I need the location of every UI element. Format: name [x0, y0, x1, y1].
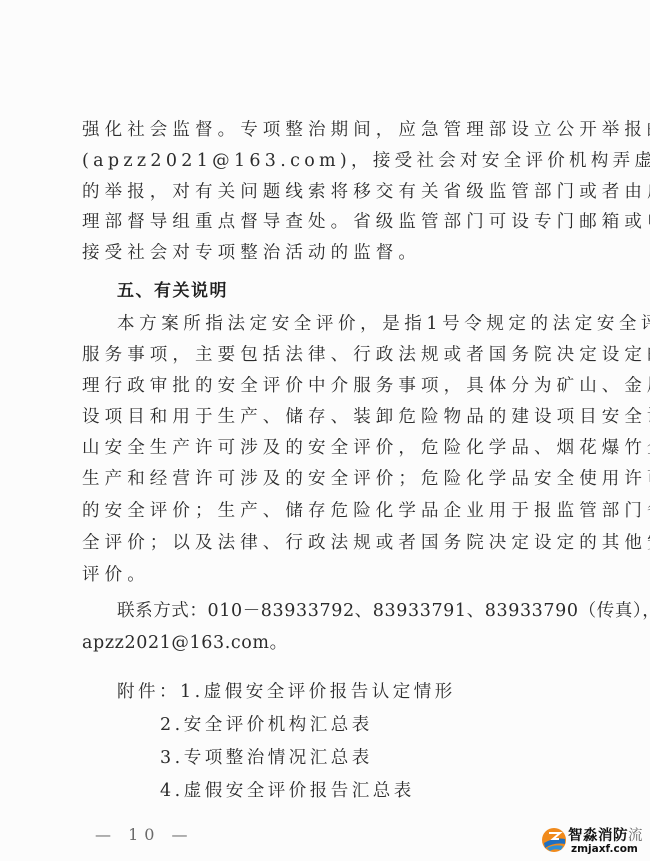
section-heading: 五、有关说明: [117, 279, 650, 303]
attachments-prefix: 附件：: [117, 682, 180, 702]
paragraph-line: 设项目和用于生产、储存、装卸危险物品的建设项目安全评价；矿: [82, 405, 622, 429]
watermark-url: zmjaxf.com: [571, 843, 638, 855]
paragraph-line: 理部督导组重点督导查处。省级监管部门可设专门邮箱或电话，: [82, 210, 622, 234]
attachments-list: 附件：1.虚假安全评价报告认定情形: [117, 680, 650, 704]
watermark: 智淼消防流 zmjaxf.com: [535, 824, 650, 858]
contact-email: apzz2021@163.com。: [82, 631, 622, 655]
paragraph-line: 的举报，对有关问题线索将移交有关省级监管部门或者由应急管: [82, 180, 622, 204]
paragraph-line: 接受社会对专项整治活动的监督。: [82, 241, 622, 265]
paragraph-line: 强化社会监督。专项整治期间，应急管理部设立公开举报邮箱: [82, 118, 622, 142]
paragraph-line-email: (apzz2021@163.com)，接受社会对安全评价机构弄虚作假情况: [82, 149, 622, 173]
paragraph-line: 的安全评价；生产、储存危险化学品企业用于报监管部门备案的安: [82, 499, 622, 523]
paragraph-line: 评价。: [82, 563, 622, 587]
paragraph-line: 全评价；以及法律、行政法规或者国务院决定设定的其他安全: [82, 531, 622, 555]
paragraph-line: 山安全生产许可涉及的安全评价，危险化学品、烟花爆竹企业安全: [82, 436, 622, 460]
attachment-item: 4.虚假安全评价报告汇总表: [160, 779, 650, 803]
document-page: 强化社会监督。专项整治期间，应急管理部设立公开举报邮箱 (apzz2021@16…: [0, 0, 650, 861]
attachment-item: 2.安全评价机构汇总表: [160, 713, 650, 737]
contact-line: 联系方式：010－83933792、83933791、83933790（传真），: [117, 599, 650, 623]
watermark-title: 智淼消防流: [568, 824, 643, 845]
brand-logo-icon: [541, 827, 567, 853]
paragraph-line: 生产和经营许可涉及的安全评价；危险化学品安全使用许可涉及: [82, 467, 622, 491]
attachment-item: 1.虚假安全评价报告认定情形: [180, 682, 456, 702]
paragraph-line: 本方案所指法定安全评价，是指1号令规定的法定安全评价: [117, 312, 650, 336]
paragraph-line: 服务事项，主要包括法律、行政法规或者国务院决定设定的用于办: [82, 343, 622, 367]
attachment-item: 3.专项整治情况汇总表: [160, 746, 650, 770]
paragraph-line: 理行政审批的安全评价中介服务事项，具体分为矿山、金属冶炼建: [82, 374, 622, 398]
page-number: — 10 —: [95, 825, 194, 844]
